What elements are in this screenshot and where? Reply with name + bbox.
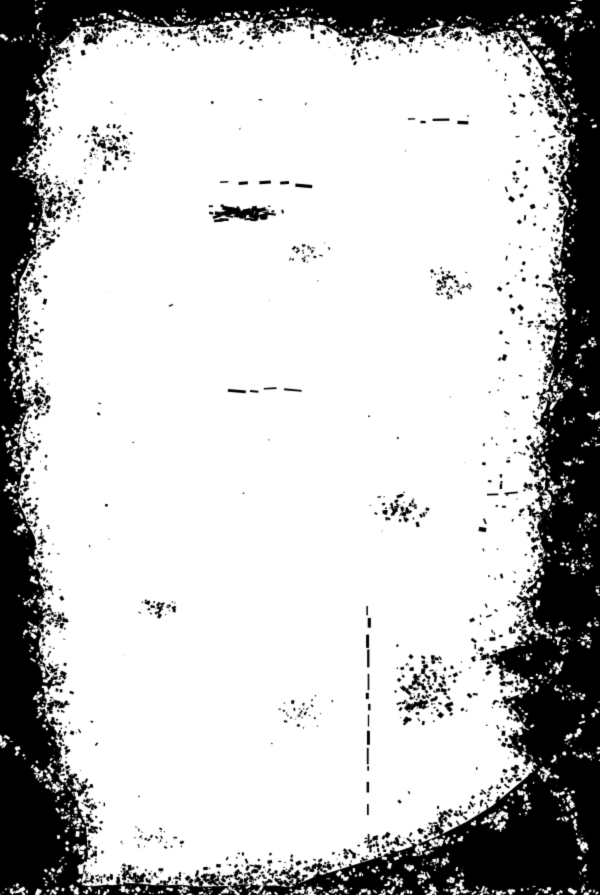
grunge-texture-page: Monochrome distressed texture: rough bla…	[0, 0, 600, 895]
grunge-texture-canvas	[0, 0, 600, 895]
